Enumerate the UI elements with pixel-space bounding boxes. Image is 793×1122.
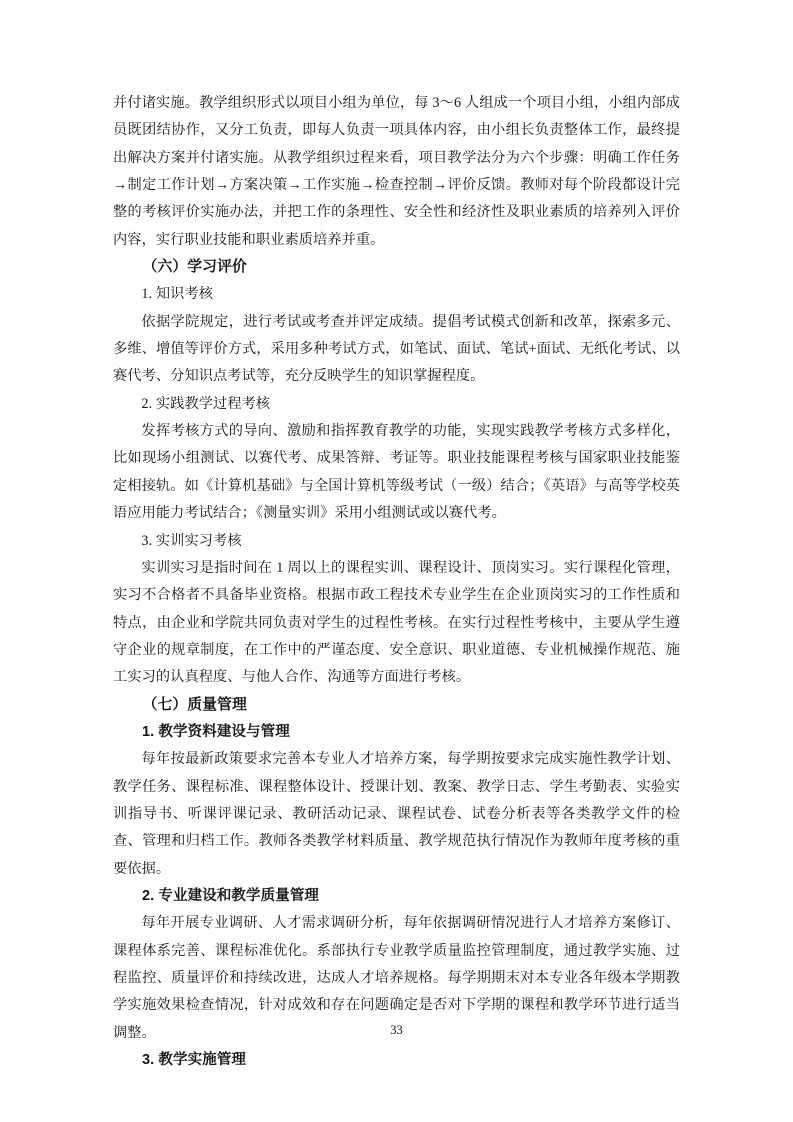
body-paragraph: 依据学院规定，进行考试或考查并评定成绩。提倡考试模式创新和改革，探索多元、多维、… xyxy=(113,309,680,391)
page-content: 并付诸实施。教学组织形式以项目小组为单位，每 3～6 人组成一个项目小组，小组内… xyxy=(113,90,680,1074)
subheading-specialty-and-quality-management: 2. 专业建设和教学质量管理 xyxy=(113,883,680,910)
body-paragraph: 发挥考核方式的导向、激励和指挥教育教学的功能，实现实践教学考核方式多样化，比如现… xyxy=(113,418,680,527)
section-heading-7-quality-management: （七）质量管理 xyxy=(113,692,680,719)
body-paragraph-continued: 并付诸实施。教学组织形式以项目小组为单位，每 3～6 人组成一个项目小组，小组内… xyxy=(113,90,680,254)
subheading-practice-teaching-assessment: 2. 实践教学过程考核 xyxy=(113,391,680,418)
subheading-training-internship-assessment: 3. 实训实习考核 xyxy=(113,528,680,555)
subheading-knowledge-assessment: 1. 知识考核 xyxy=(113,281,680,308)
page-number: 33 xyxy=(0,1022,793,1038)
body-paragraph: 每年按最新政策要求完善本专业人才培养方案，每学期按要求完成实施性教学计划、教学任… xyxy=(113,746,680,883)
body-paragraph: 实训实习是指时间在 1 周以上的课程实训、课程设计、顶岗实习。实行课程化管理，实… xyxy=(113,555,680,692)
document-page: 并付诸实施。教学组织形式以项目小组为单位，每 3～6 人组成一个项目小组，小组内… xyxy=(0,0,793,1122)
subheading-teaching-materials-management: 1. 教学资料建设与管理 xyxy=(113,719,680,746)
section-heading-6-learning-evaluation: （六）学习评价 xyxy=(113,254,680,281)
subheading-teaching-implementation-management: 3. 教学实施管理 xyxy=(113,1047,680,1074)
